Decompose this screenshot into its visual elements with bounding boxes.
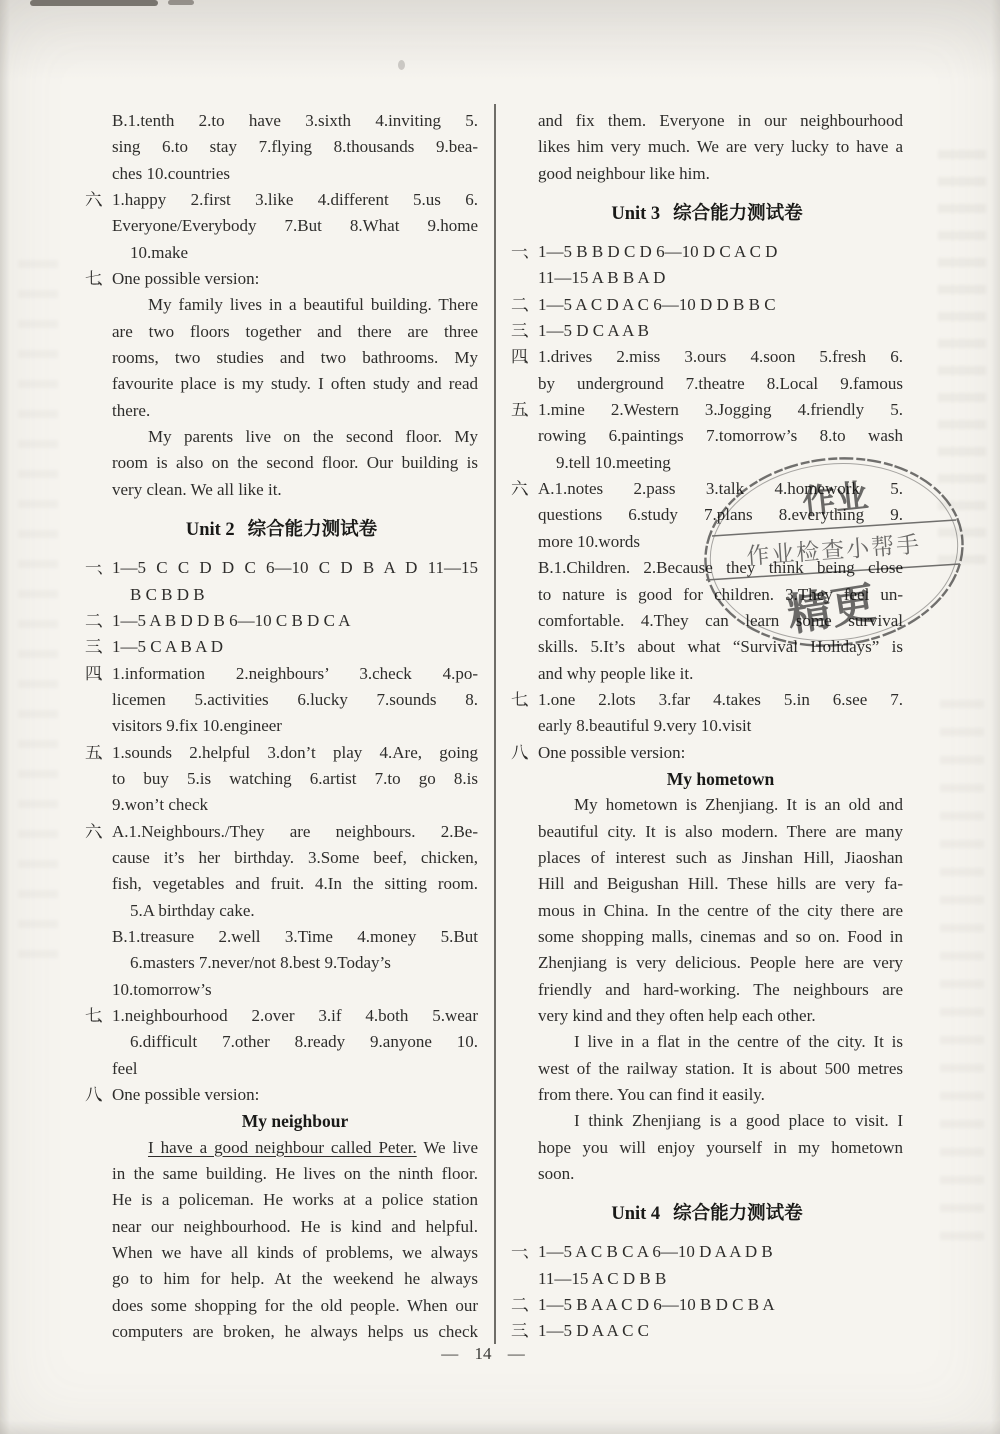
text-line: and fix them. Everyone in our neighbourh… [538, 108, 903, 134]
essay-paragraph: I have a good neighbour called Peter. We… [112, 1135, 478, 1346]
text-line: to nature is good for children. 3.They f… [538, 582, 903, 608]
text-line: feel [112, 1056, 478, 1082]
text-line: from there. You can find it easily. [538, 1082, 903, 1108]
text-line: B C B D B [112, 582, 478, 608]
text-line: My hometown is Zhenjiang. It is an old a… [538, 792, 903, 818]
text-line: 9.won’t check [112, 792, 478, 818]
text-line: 1—5 A B D D B 6—10 C B D C A [112, 608, 478, 634]
answer-item: B.1.tenth 2.to have 3.sixth 4.inviting 5… [85, 108, 478, 187]
answer-item: 二、1—5 A C D A C 6—10 D D B B C [511, 292, 903, 318]
text-line: My parents live on the second floor. My [112, 424, 478, 450]
section-marker: 八、 [85, 1082, 109, 1108]
text-line: comfortable. 4.They can learn some survi… [538, 608, 903, 634]
section-marker: 三、 [85, 634, 109, 660]
text-line: very kind and they often help each other… [538, 1003, 903, 1029]
text-line: ches 10.countries [112, 161, 478, 187]
text-line: licemen 5.activities 6.lucky 7.sounds 8. [112, 687, 478, 713]
text-line: 1—5 B A A C D 6—10 B D C B A [538, 1292, 903, 1318]
text-line: visitors 9.fix 10.engineer [112, 713, 478, 739]
text-line: are two floors together and there are th… [112, 319, 478, 345]
text-line: 1—5 A C B C A 6—10 D A A D B [538, 1239, 903, 1265]
text-line: go to him for help. At the weekend he al… [112, 1266, 478, 1292]
section-marker: 一、 [511, 1239, 535, 1265]
text-line: 1—5 A C D A C 6—10 D D B B C [538, 292, 903, 318]
scan-smudge [398, 60, 405, 70]
answer-item: 五、1.sounds 2.helpful 3.don’t play 4.Are,… [85, 740, 478, 819]
essay-title: My neighbour [112, 1108, 478, 1134]
text-line: 1.neighbourhood 2.over 3.if 4.both 5.wea… [112, 1003, 478, 1029]
text-line: Everyone/Everybody 7.But 8.What 9.home [112, 213, 478, 239]
unit-number: Unit 3 [611, 204, 660, 224]
answer-item: 七、1.one 2.lots 3.far 4.takes 5.in 6.see … [511, 687, 903, 740]
text-line: He is a policeman. He works at a police … [112, 1187, 478, 1213]
scan-smudge [30, 0, 158, 6]
unit-title: 综合能力测试卷 [248, 520, 378, 540]
unit-number: Unit 4 [611, 1204, 660, 1224]
text-line: 1.one 2.lots 3.far 4.takes 5.in 6.see 7. [538, 687, 903, 713]
answer-item: 八、One possible version: [511, 740, 903, 766]
text-line: 11—15 A C D B B [538, 1266, 903, 1292]
text-line: more 10.words [538, 529, 903, 555]
answer-item: 六、A.1.notes 2.pass 3.talk 4.homework 5.q… [511, 476, 903, 555]
text-line: good neighbour like him. [538, 161, 903, 187]
text-line: 10.make [112, 240, 478, 266]
text-line: mous in China. In the centre of the city… [538, 898, 903, 924]
section-marker: 七、 [511, 687, 535, 713]
answer-item: 七、1.neighbourhood 2.over 3.if 4.both 5.w… [85, 1003, 478, 1082]
answer-item: 七、One possible version: [85, 266, 478, 292]
text-line: fish, vegetables and fruit. 4.In the sit… [112, 871, 478, 897]
text-line: skills. 5.It’s about what “Survival Holi… [538, 634, 903, 660]
essay-paragraph: and fix them. Everyone in our neighbourh… [538, 108, 903, 187]
showthrough-ghost-text [940, 700, 984, 1260]
text-line: 1—5 C A B A D [112, 634, 478, 660]
answer-item: 三、1—5 D C A A B [511, 318, 903, 344]
unit-title: 综合能力测试卷 [673, 204, 803, 224]
text-line: A.1.Neighbours./They are neighbours. 2.B… [112, 819, 478, 845]
text-line: B.1.Children. 2.Because they think being… [538, 555, 903, 581]
section-marker: 四、 [511, 344, 535, 370]
essay-paragraph: My family lives in a beautiful building.… [112, 292, 478, 424]
text-line: 9.tell 10.meeting [538, 450, 903, 476]
text-line: 10.tomorrow’s [112, 977, 478, 1003]
section-marker: 二、 [511, 292, 535, 318]
text-line: One possible version: [112, 1082, 478, 1108]
text-line: B.1.treasure 2.well 3.Time 4.money 5.But [112, 924, 478, 950]
text-line: 1.sounds 2.helpful 3.don’t play 4.Are, g… [112, 740, 478, 766]
text-line: likes him very much. We are very lucky t… [538, 134, 903, 160]
section-marker: 六、 [85, 187, 109, 213]
answer-item: 六、A.1.Neighbours./They are neighbours. 2… [85, 819, 478, 924]
answer-item: 三、1—5 C A B A D [85, 634, 478, 660]
text-line: A.1.notes 2.pass 3.talk 4.homework 5. [538, 476, 903, 502]
answer-item: 六、1.happy 2.first 3.like 4.different 5.u… [85, 187, 478, 266]
answer-item: 一、1—5 A C B C A 6—10 D A A D B11—15 A C … [511, 1239, 903, 1292]
text-line: My family lives in a beautiful building.… [112, 292, 478, 318]
answer-item: 三、1—5 D A A C C [511, 1318, 903, 1344]
section-marker: 五、 [511, 397, 535, 423]
essay-title: My hometown [538, 766, 903, 792]
section-marker: 一、 [511, 239, 535, 265]
section-marker: 八、 [511, 740, 535, 766]
essay-paragraph: I think Zhenjiang is a good place to vis… [538, 1108, 903, 1187]
text-line: 1—5 D C A A B [538, 318, 903, 344]
text-line: I think Zhenjiang is a good place to vis… [538, 1108, 903, 1134]
text-line: Zhenjiang is very delicious. People here… [538, 950, 903, 976]
section-marker: 六、 [511, 476, 535, 502]
unit-number: Unit 2 [186, 520, 235, 540]
section-marker: 三、 [511, 318, 535, 344]
text-line: I have a good neighbour called Peter. We… [112, 1135, 478, 1161]
text-line: One possible version: [112, 266, 478, 292]
text-line: favourite place is my study. I often stu… [112, 371, 478, 397]
text-line: 1.mine 2.Western 3.Jogging 4.friendly 5. [538, 397, 903, 423]
text-line: 1.information 2.neighbours’ 3.check 4.po… [112, 661, 478, 687]
text-line: hope you will enjoy yourself in my homet… [538, 1135, 903, 1161]
text-line: 6.masters 7.never/not 8.best 9.Today’s [112, 950, 478, 976]
unit-title: 综合能力测试卷 [673, 1204, 803, 1224]
text-line: computers are broken, he always helps us… [112, 1319, 478, 1345]
scan-smudge [168, 0, 194, 5]
unit-heading: Unit 4综合能力测试卷 [511, 1200, 903, 1228]
text-line: early 8.beautiful 9.very 10.visit [538, 713, 903, 739]
section-marker: 四、 [85, 661, 109, 687]
text-line: to buy 5.is watching 6.artist 7.to go 8.… [112, 766, 478, 792]
text-line: rooms, two studies and two bathrooms. My [112, 345, 478, 371]
answer-item: 五、1.mine 2.Western 3.Jogging 4.friendly … [511, 397, 903, 476]
text-line: friendly and hard-working. The neighbour… [538, 977, 903, 1003]
answer-item: 一、1—5 C C D D C 6—10 C D B A D 11—15B C … [85, 555, 478, 608]
essay-paragraph: My hometown is Zhenjiang. It is an old a… [538, 792, 903, 1029]
text-line: very clean. We all like it. [112, 477, 478, 503]
section-marker: 一、 [85, 555, 109, 581]
section-marker: 二、 [511, 1292, 535, 1318]
text-line: 5.A birthday cake. [112, 898, 478, 924]
showthrough-ghost-text [938, 150, 986, 570]
text-line: in the same building. He lives on the ni… [112, 1161, 478, 1187]
answer-item: 八、One possible version: [85, 1082, 478, 1108]
section-marker: 二、 [85, 608, 109, 634]
text-line: near our neighbourhood. He is kind and h… [112, 1214, 478, 1240]
text-line: I live in a flat in the centre of the ci… [538, 1029, 903, 1055]
text-line: room is also on the second floor. Our bu… [112, 450, 478, 476]
text-line: 1.happy 2.first 3.like 4.different 5.us … [112, 187, 478, 213]
text-line: and why people like it. [538, 661, 903, 687]
text-line: 1—5 C C D D C 6—10 C D B A D 11—15 [112, 555, 478, 581]
right-column: and fix them. Everyone in our neighbourh… [511, 108, 903, 1345]
text-line: 6.difficult 7.other 8.ready 9.anyone 10. [112, 1029, 478, 1055]
answer-item: 二、1—5 B A A C D 6—10 B D C B A [511, 1292, 903, 1318]
showthrough-ghost-text [18, 260, 58, 980]
text-line: soon. [538, 1161, 903, 1187]
essay-paragraph: I live in a flat in the centre of the ci… [538, 1029, 903, 1108]
section-marker: 五、 [85, 740, 109, 766]
text-line: One possible version: [538, 740, 903, 766]
answer-key-page: B.1.tenth 2.to have 3.sixth 4.inviting 5… [0, 0, 1000, 1434]
underlined-sentence: I have a good neighbour called Peter. [148, 1138, 417, 1157]
text-line: west of the railway station. It is about… [538, 1056, 903, 1082]
text-line: there. [112, 398, 478, 424]
unit-heading: Unit 2综合能力测试卷 [85, 516, 478, 544]
text-line: 1—5 D A A C C [538, 1318, 903, 1344]
section-marker: 七、 [85, 1003, 109, 1029]
section-marker: 六、 [85, 819, 109, 845]
text-line: questions 6.study 7.plans 8.everything 9… [538, 502, 903, 528]
unit-heading: Unit 3综合能力测试卷 [511, 200, 903, 228]
text-line: places of interest such as Jinshan Hill,… [538, 845, 903, 871]
answer-item: 四、1.information 2.neighbours’ 3.check 4.… [85, 661, 478, 740]
text-line: 11—15 A B B A D [538, 265, 903, 291]
text-line: rowing 6.paintings 7.tomorrow’s 8.to was… [538, 423, 903, 449]
text-line: cause it’s her birthday. 3.Some beef, ch… [112, 845, 478, 871]
answer-item: B.1.treasure 2.well 3.Time 4.money 5.But… [85, 924, 478, 1003]
text-line: 1.drives 2.miss 3.ours 4.soon 5.fresh 6. [538, 344, 903, 370]
text-line: sing 6.to stay 7.flying 8.thousands 9.be… [112, 134, 478, 160]
text-line: 1—5 B B D C D 6—10 D C A C D [538, 239, 903, 265]
essay-paragraph: My parents live on the second floor. Myr… [112, 424, 478, 503]
section-marker: 七、 [85, 266, 109, 292]
text-line: by underground 7.theatre 8.Local 9.famou… [538, 371, 903, 397]
page-number: — 14 — [0, 1344, 966, 1364]
left-column: B.1.tenth 2.to have 3.sixth 4.inviting 5… [85, 108, 478, 1345]
column-divider [494, 104, 496, 1344]
text-line: When we have all kinds of problems, we a… [112, 1240, 478, 1266]
text-line: does some shopping for the old people. W… [112, 1293, 478, 1319]
text-line: beautiful city. It is also modern. There… [538, 819, 903, 845]
text-line: B.1.tenth 2.to have 3.sixth 4.inviting 5… [112, 108, 478, 134]
section-marker: 三、 [511, 1318, 535, 1344]
text-line: some shopping malls, cinemas and so on. … [538, 924, 903, 950]
answer-item: B.1.Children. 2.Because they think being… [511, 555, 903, 687]
text-line: Hill and Beigushan Hill. These hills are… [538, 871, 903, 897]
answer-item: 一、1—5 B B D C D 6—10 D C A C D11—15 A B … [511, 239, 903, 292]
answer-item: 二、1—5 A B D D B 6—10 C B D C A [85, 608, 478, 634]
answer-item: 四、1.drives 2.miss 3.ours 4.soon 5.fresh … [511, 344, 903, 397]
